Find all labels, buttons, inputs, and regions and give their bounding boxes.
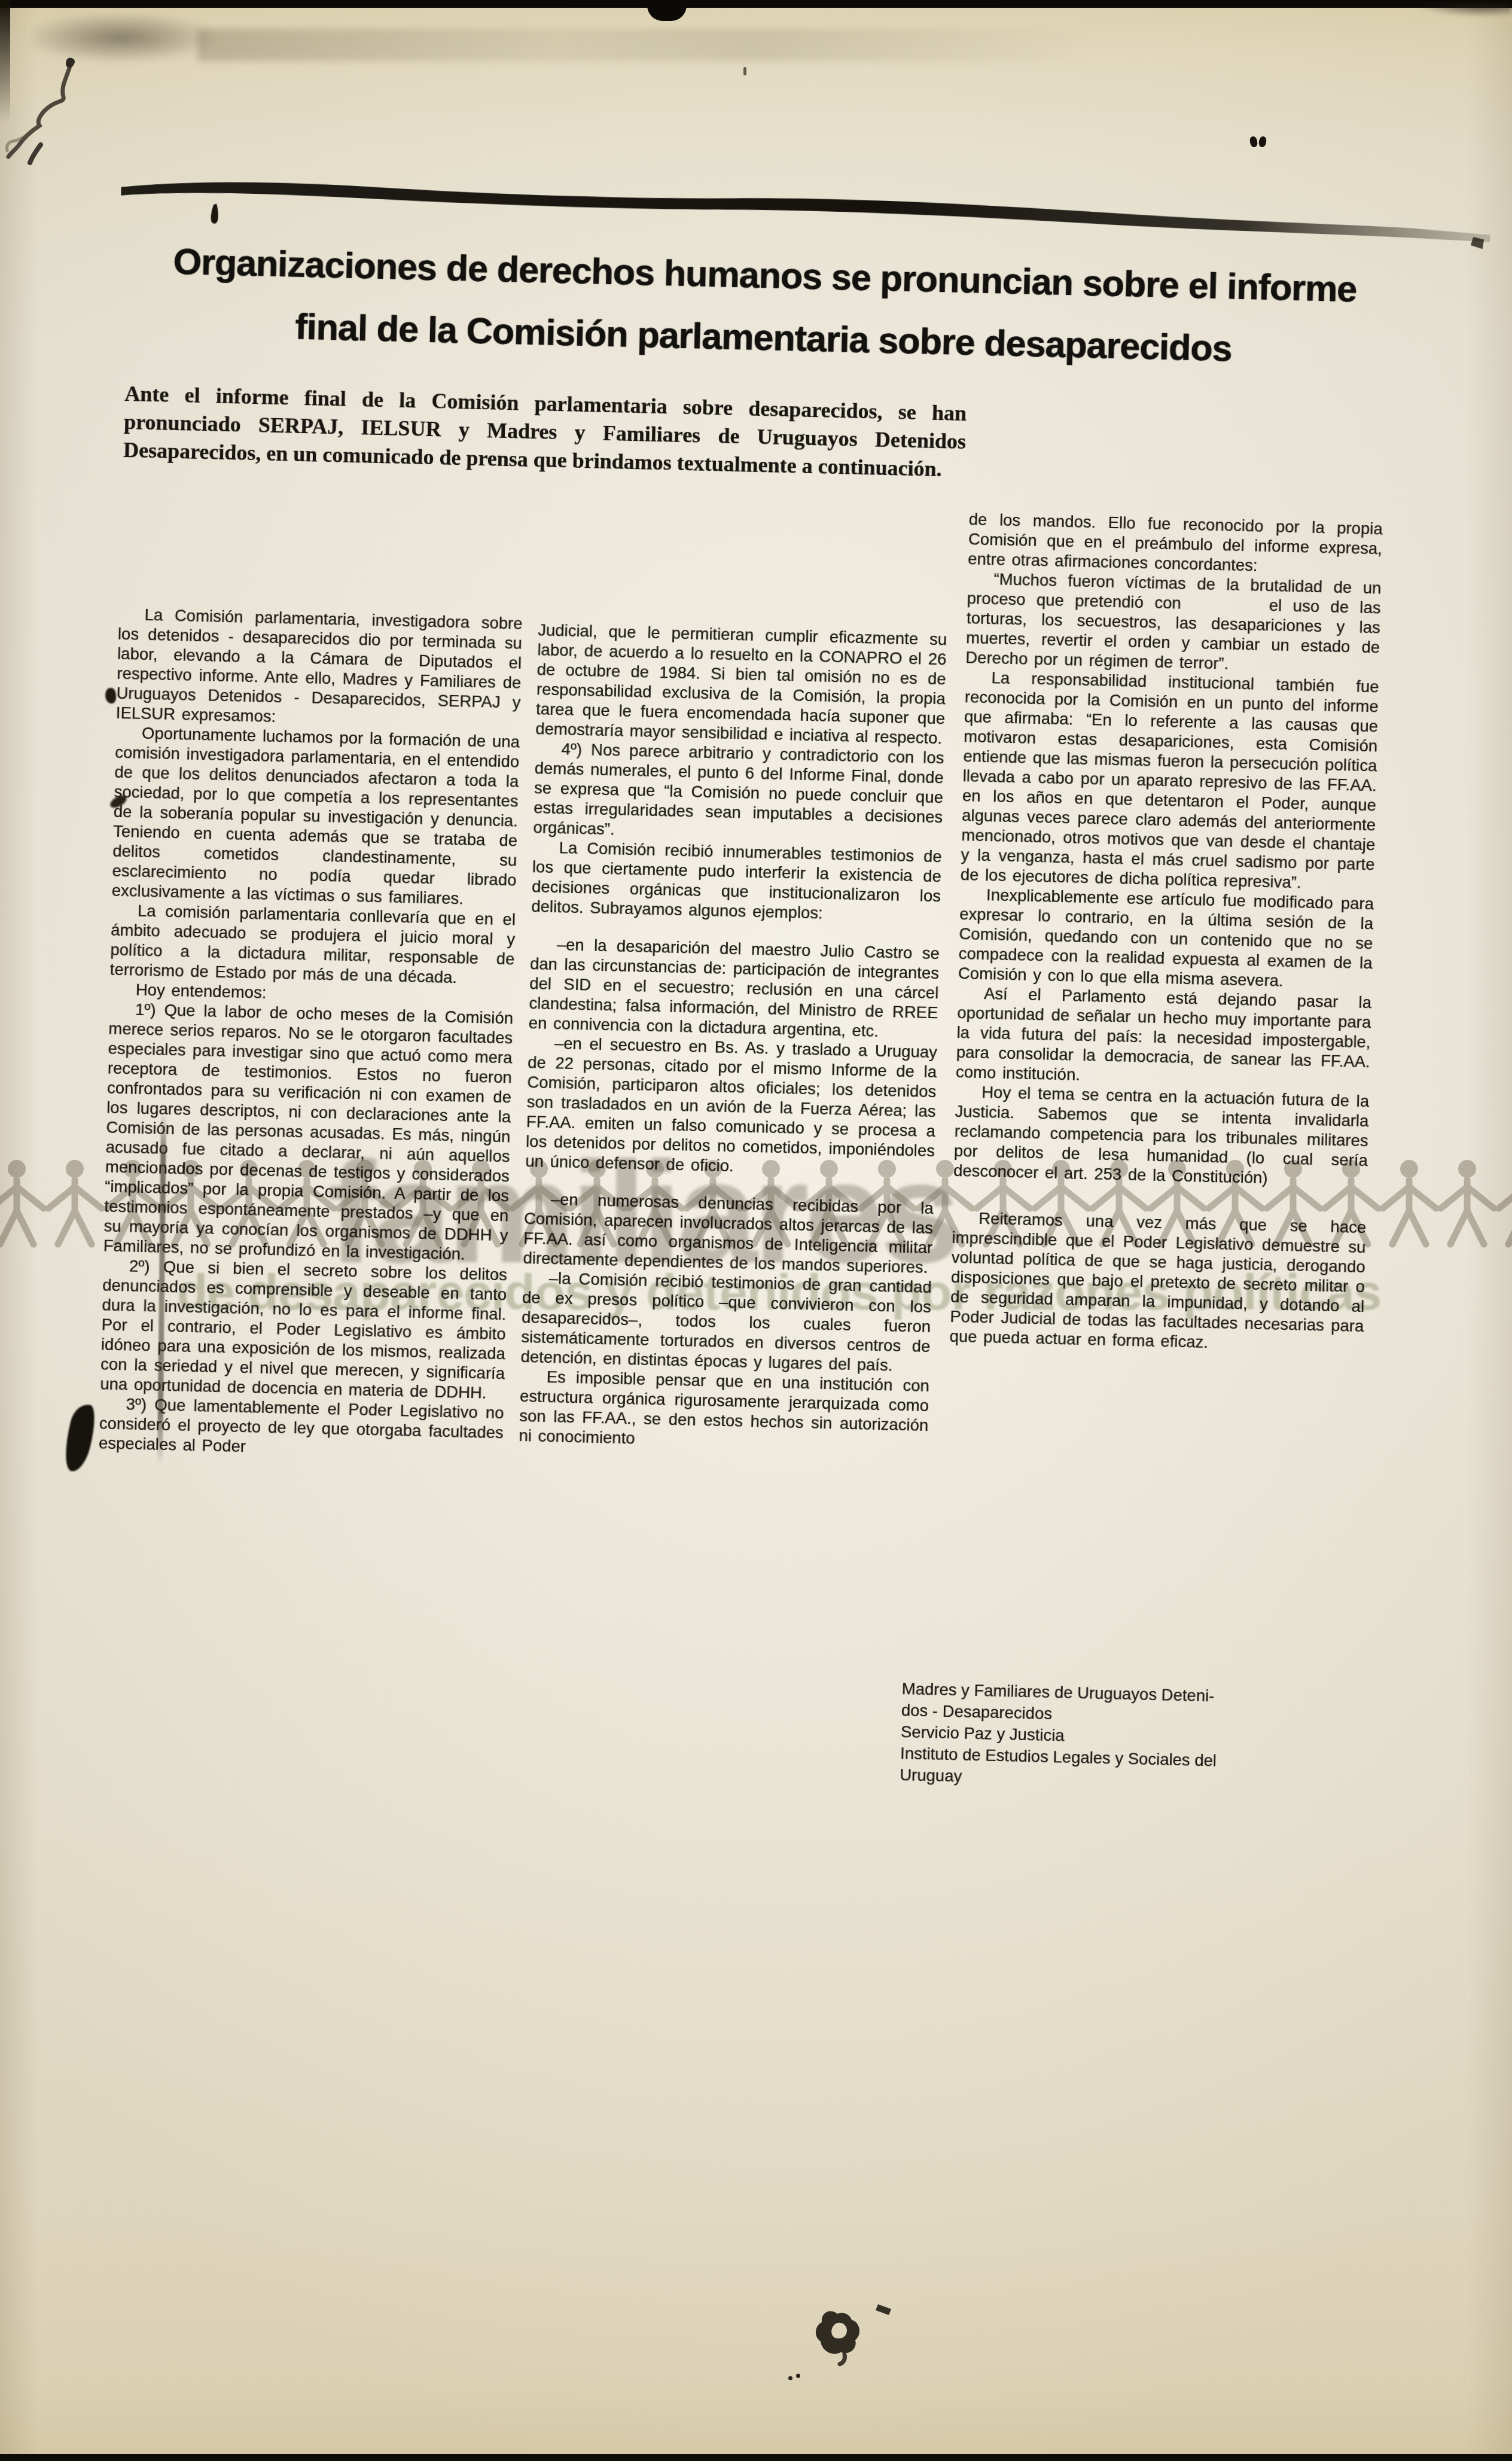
ink-specks <box>788 2374 804 2382</box>
speck-top-center <box>743 67 746 75</box>
paragraph: 4º) Nos parece arbitrario y contradictor… <box>533 738 944 846</box>
margin-speck <box>105 688 116 703</box>
scan-streak-top <box>197 29 1095 61</box>
scan-edge-bottom <box>0 2454 1512 2461</box>
paragraph: Oportunamente luchamos por la formación … <box>111 723 520 910</box>
stray-quote-mark <box>1250 136 1268 148</box>
paragraph: Judicial, que le permitieran cumplir efi… <box>535 620 947 748</box>
column-3: de los mandos. Ello fue reconocido por l… <box>949 509 1383 1356</box>
article: Organizaciones de derechos humanos se pr… <box>122 176 1406 494</box>
paragraph: Así el Parlamento está dejando pasar la … <box>956 983 1372 1091</box>
scanned-newspaper-page: { "title": { "line1": "Organizaciones de… <box>0 0 1512 2461</box>
ink-blot <box>801 2297 909 2393</box>
scan-smudge-top-right <box>1365 4 1512 22</box>
paragraph: –en el secuestro en Bs. As. y traslado a… <box>525 1032 937 1180</box>
paragraph: La responsabilidad institucional también… <box>961 667 1379 894</box>
paragraph: Reiteramos una vez más que se hace impre… <box>949 1208 1366 1356</box>
paragraph: “Muchos fueron víctimas de la brutalidad… <box>965 568 1382 677</box>
paragraph: Es imposible pensar que en una instituci… <box>519 1366 929 1455</box>
paragraph: Inexplicablemente ese artículo fue modif… <box>958 884 1374 992</box>
paragraph: La Comisión recibió innumerables testimo… <box>531 837 942 925</box>
paragraph: –en la desaparición del maestro Julio Ca… <box>528 934 940 1042</box>
column-2: Judicial, que le permitieran cumplir efi… <box>519 620 947 1455</box>
paragraph: –en numerosas denuncias recibidas por la… <box>523 1189 934 1277</box>
paragraph: Hoy el tema se centra en la actuación fu… <box>953 1082 1370 1190</box>
signature-block: Madres y Familiares de Uruguayos Deteni-… <box>900 1678 1380 1797</box>
paragraph: de los mandos. Ello fue reconocido por l… <box>968 509 1383 578</box>
pencil-scribble <box>2 50 110 170</box>
paragraph: La comisión parlamentaria conllevaría qu… <box>109 900 516 989</box>
scan-edge-top <box>0 0 1512 8</box>
paragraph: La Comisión parlamentaria, investigadora… <box>115 604 522 732</box>
paragraph: –la Comisión recibió testimonios de gran… <box>520 1268 932 1376</box>
